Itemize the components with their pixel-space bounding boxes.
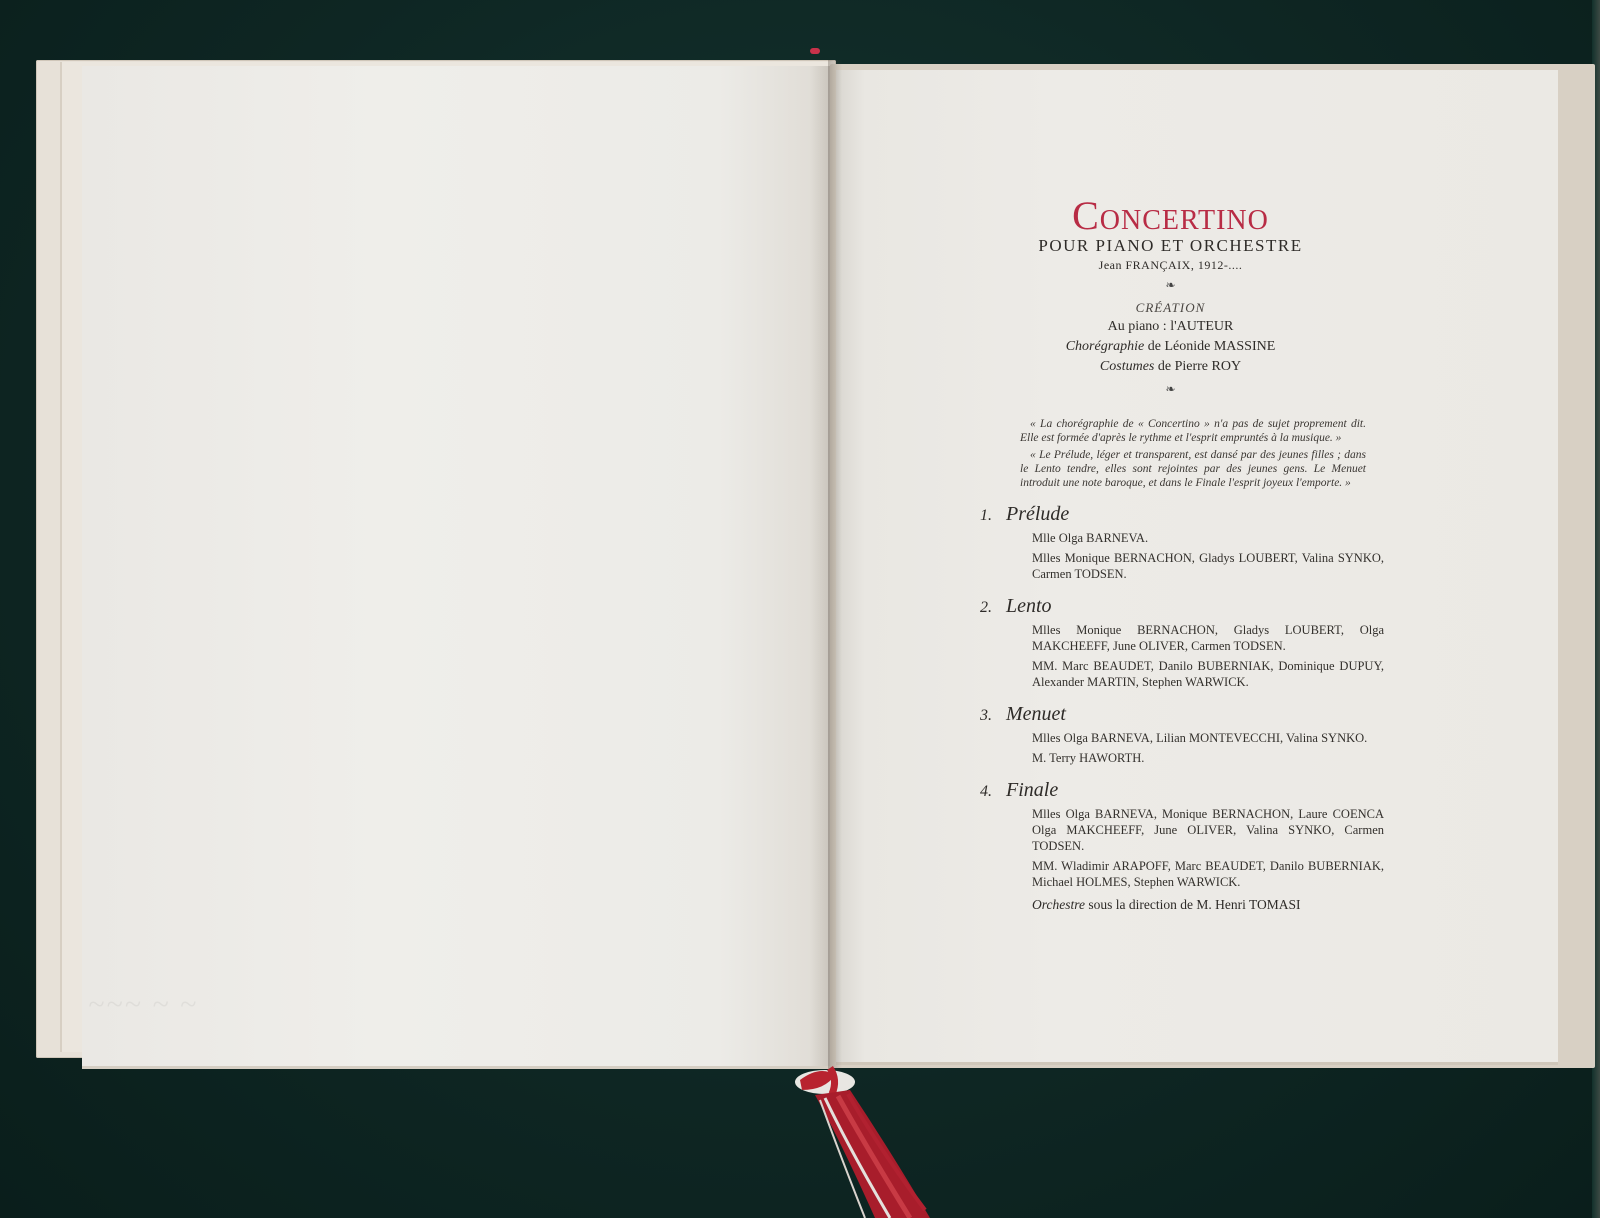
movement-cast: Mlles Olga BARNEVA, Monique BERNACHON, L… bbox=[1032, 806, 1384, 890]
orchestra-conductor: sous la direction de M. Henri TOMASI bbox=[1085, 897, 1300, 912]
work-title: Concertino bbox=[988, 196, 1353, 236]
movement-prelude: 1.Prélude Mlle Olga BARNEVA. Mlles Moniq… bbox=[950, 502, 1390, 582]
photo-scene: ~~~ ~ ~ Concertino POUR PIANO ET ORCHEST… bbox=[0, 0, 1600, 1218]
movement-name: Prélude bbox=[1006, 503, 1069, 525]
tassel-bookmark-icon bbox=[780, 1060, 940, 1218]
program-content: Concertino POUR PIANO ET ORCHESTRE Jean … bbox=[950, 196, 1390, 914]
choreography-quote: « La chorégraphie de « Concertino » n'a … bbox=[1020, 417, 1366, 490]
movement-number: 1. bbox=[980, 504, 1006, 528]
cast-line: Mlles Olga BARNEVA, Monique BERNACHON, L… bbox=[1032, 806, 1384, 854]
cast-line: MM. Marc BEAUDET, Danilo BUBERNIAK, Domi… bbox=[1032, 658, 1384, 690]
credit-costumes: Costumes de Pierre ROY bbox=[988, 357, 1353, 377]
credit-choreography: Chorégraphie de Léonide MASSINE bbox=[988, 337, 1353, 357]
ornament-icon: ❧ bbox=[988, 383, 1353, 395]
orchestra-credit: Orchestre sous la direction de M. Henri … bbox=[1032, 896, 1390, 914]
creation-label: CRÉATION bbox=[988, 299, 1353, 317]
credit-role: Costumes bbox=[1100, 359, 1154, 374]
movement-heading: 3.Menuet bbox=[980, 702, 1390, 728]
quote-paragraph: « La chorégraphie de « Concertino » n'a … bbox=[1020, 417, 1366, 445]
cast-line: Mlles Olga BARNEVA, Lilian MONTEVECCHI, … bbox=[1032, 730, 1384, 746]
cast-line: M. Terry HAWORTH. bbox=[1032, 750, 1384, 766]
cast-line: MM. Wladimir ARAPOFF, Marc BEAUDET, Dani… bbox=[1032, 858, 1384, 890]
movement-finale: 4.Finale Mlles Olga BARNEVA, Monique BER… bbox=[950, 778, 1390, 890]
movement-menuet: 3.Menuet Mlles Olga BARNEVA, Lilian MONT… bbox=[950, 702, 1390, 766]
credit-role: Chorégraphie bbox=[1066, 339, 1145, 354]
ribbon-top-end bbox=[810, 48, 820, 54]
movement-heading: 4.Finale bbox=[980, 778, 1390, 804]
movement-cast: Mlles Monique BERNACHON, Gladys LOUBERT,… bbox=[1032, 622, 1384, 690]
movement-number: 4. bbox=[980, 780, 1006, 804]
movement-cast: Mlles Olga BARNEVA, Lilian MONTEVECCHI, … bbox=[1032, 730, 1384, 766]
left-page-watermark: ~~~ ~ ~ bbox=[88, 988, 268, 1028]
movement-cast: Mlle Olga BARNEVA. Mlles Monique BERNACH… bbox=[1032, 530, 1384, 582]
movement-lento: 2.Lento Mlles Monique BERNACHON, Gladys … bbox=[950, 594, 1390, 690]
credit-name: de Léonide MASSINE bbox=[1144, 339, 1275, 354]
ornament-icon: ❧ bbox=[988, 279, 1353, 291]
movement-heading: 2.Lento bbox=[980, 594, 1390, 620]
cast-line: Mlle Olga BARNEVA. bbox=[1032, 530, 1384, 546]
movement-name: Menuet bbox=[1006, 703, 1066, 725]
cast-line: Mlles Monique BERNACHON, Gladys LOUBERT,… bbox=[1032, 550, 1384, 582]
spine-shadow bbox=[828, 60, 842, 1070]
credit-name: de Pierre ROY bbox=[1154, 359, 1241, 374]
credit-piano: Au piano : l'AUTEUR bbox=[988, 317, 1353, 337]
movement-name: Lento bbox=[1006, 595, 1052, 617]
quote-paragraph: « Le Prélude, léger et transparent, est … bbox=[1020, 448, 1366, 490]
movement-name: Finale bbox=[1006, 779, 1058, 801]
work-subtitle: POUR PIANO ET ORCHESTRE bbox=[988, 236, 1353, 256]
movement-number: 2. bbox=[980, 596, 1006, 620]
composer-line: Jean FRANÇAIX, 1912-.... bbox=[988, 257, 1353, 273]
left-page bbox=[82, 66, 832, 1069]
orchestra-role: Orchestre bbox=[1032, 897, 1085, 912]
movement-number: 3. bbox=[980, 704, 1006, 728]
movement-heading: 1.Prélude bbox=[980, 502, 1390, 528]
cast-line: Mlles Monique BERNACHON, Gladys LOUBERT,… bbox=[1032, 622, 1384, 654]
